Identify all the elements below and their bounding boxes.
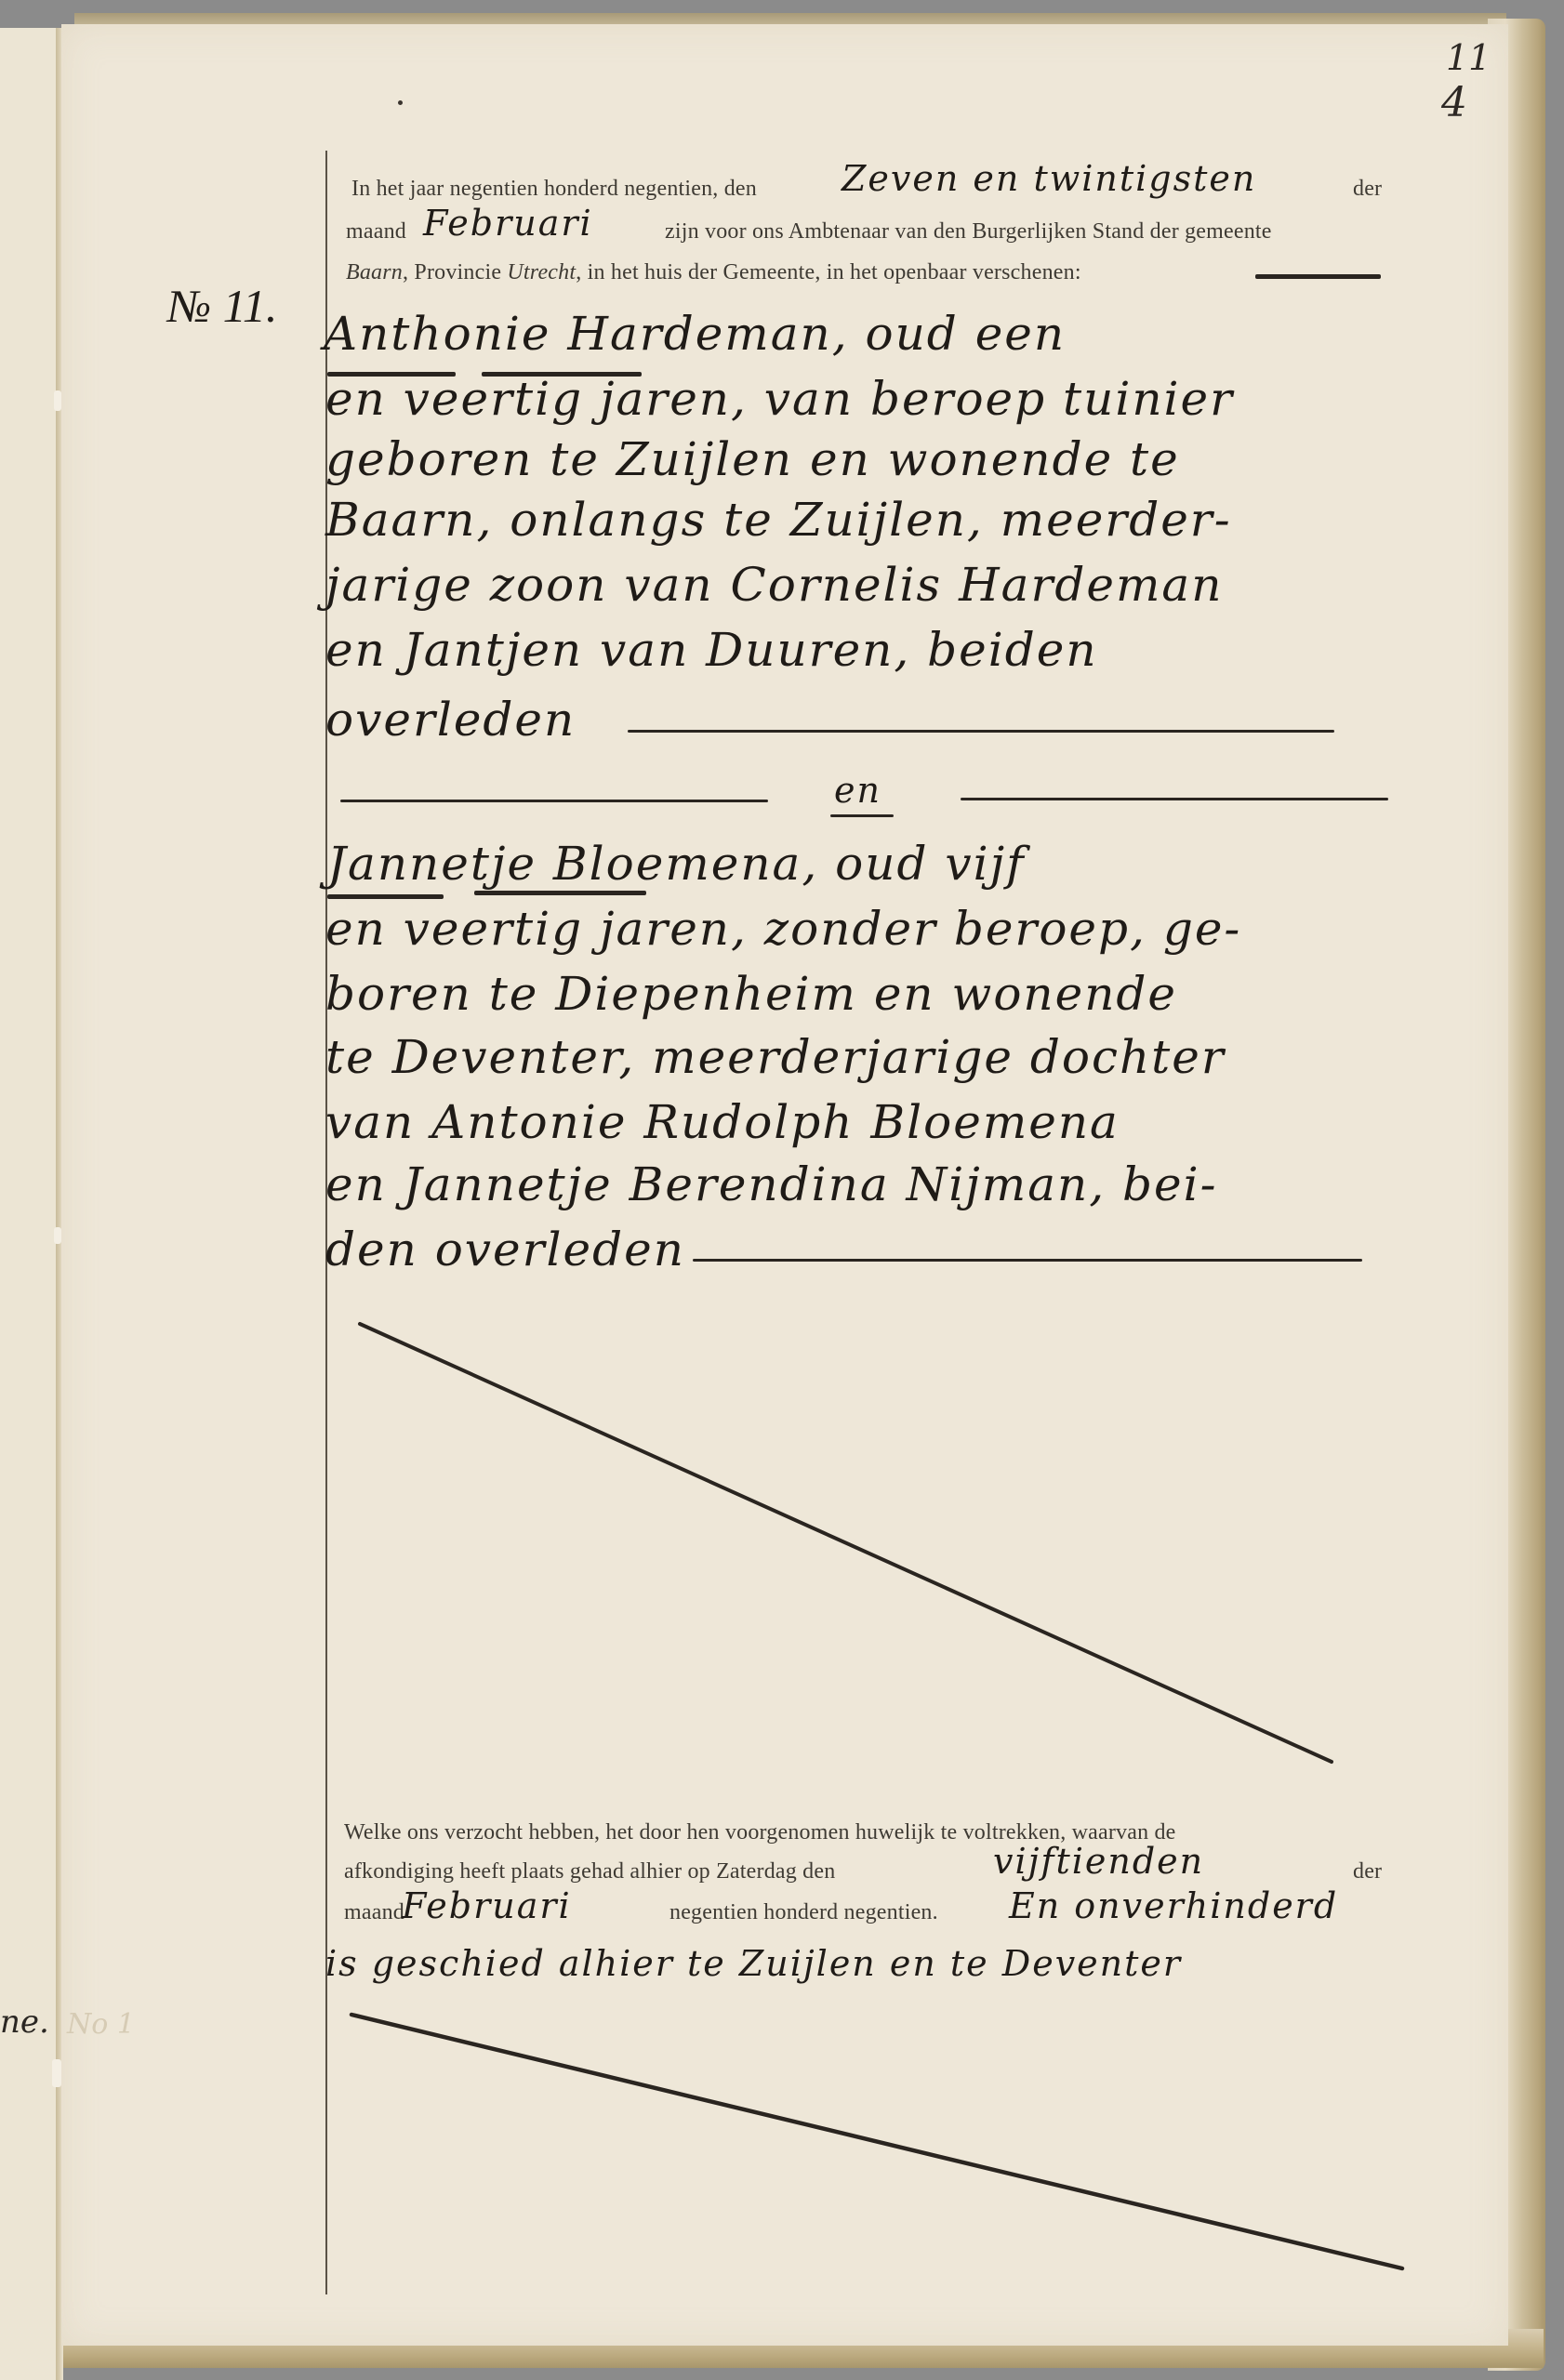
printed-text: negentien honderd negentien. — [669, 1900, 938, 1925]
strike-lines — [0, 0, 1564, 2380]
handwritten-announcement-day: vijftienden — [993, 1841, 1204, 1882]
handwritten-announcement-month: Februari — [402, 1885, 572, 1926]
printed-text: der — [1353, 1859, 1382, 1884]
handwritten-closing: En onverhinderd — [1009, 1885, 1338, 1926]
handwritten-closing: is geschied alhier te Zuijlen en te Deve… — [325, 1943, 1182, 1984]
printed-text: afkondiging heeft plaats gehad alhier op… — [344, 1859, 835, 1884]
printed-text: maand — [344, 1900, 404, 1925]
strike-line-closing — [351, 2015, 1402, 2268]
strike-line-unused-space — [360, 1324, 1332, 1762]
